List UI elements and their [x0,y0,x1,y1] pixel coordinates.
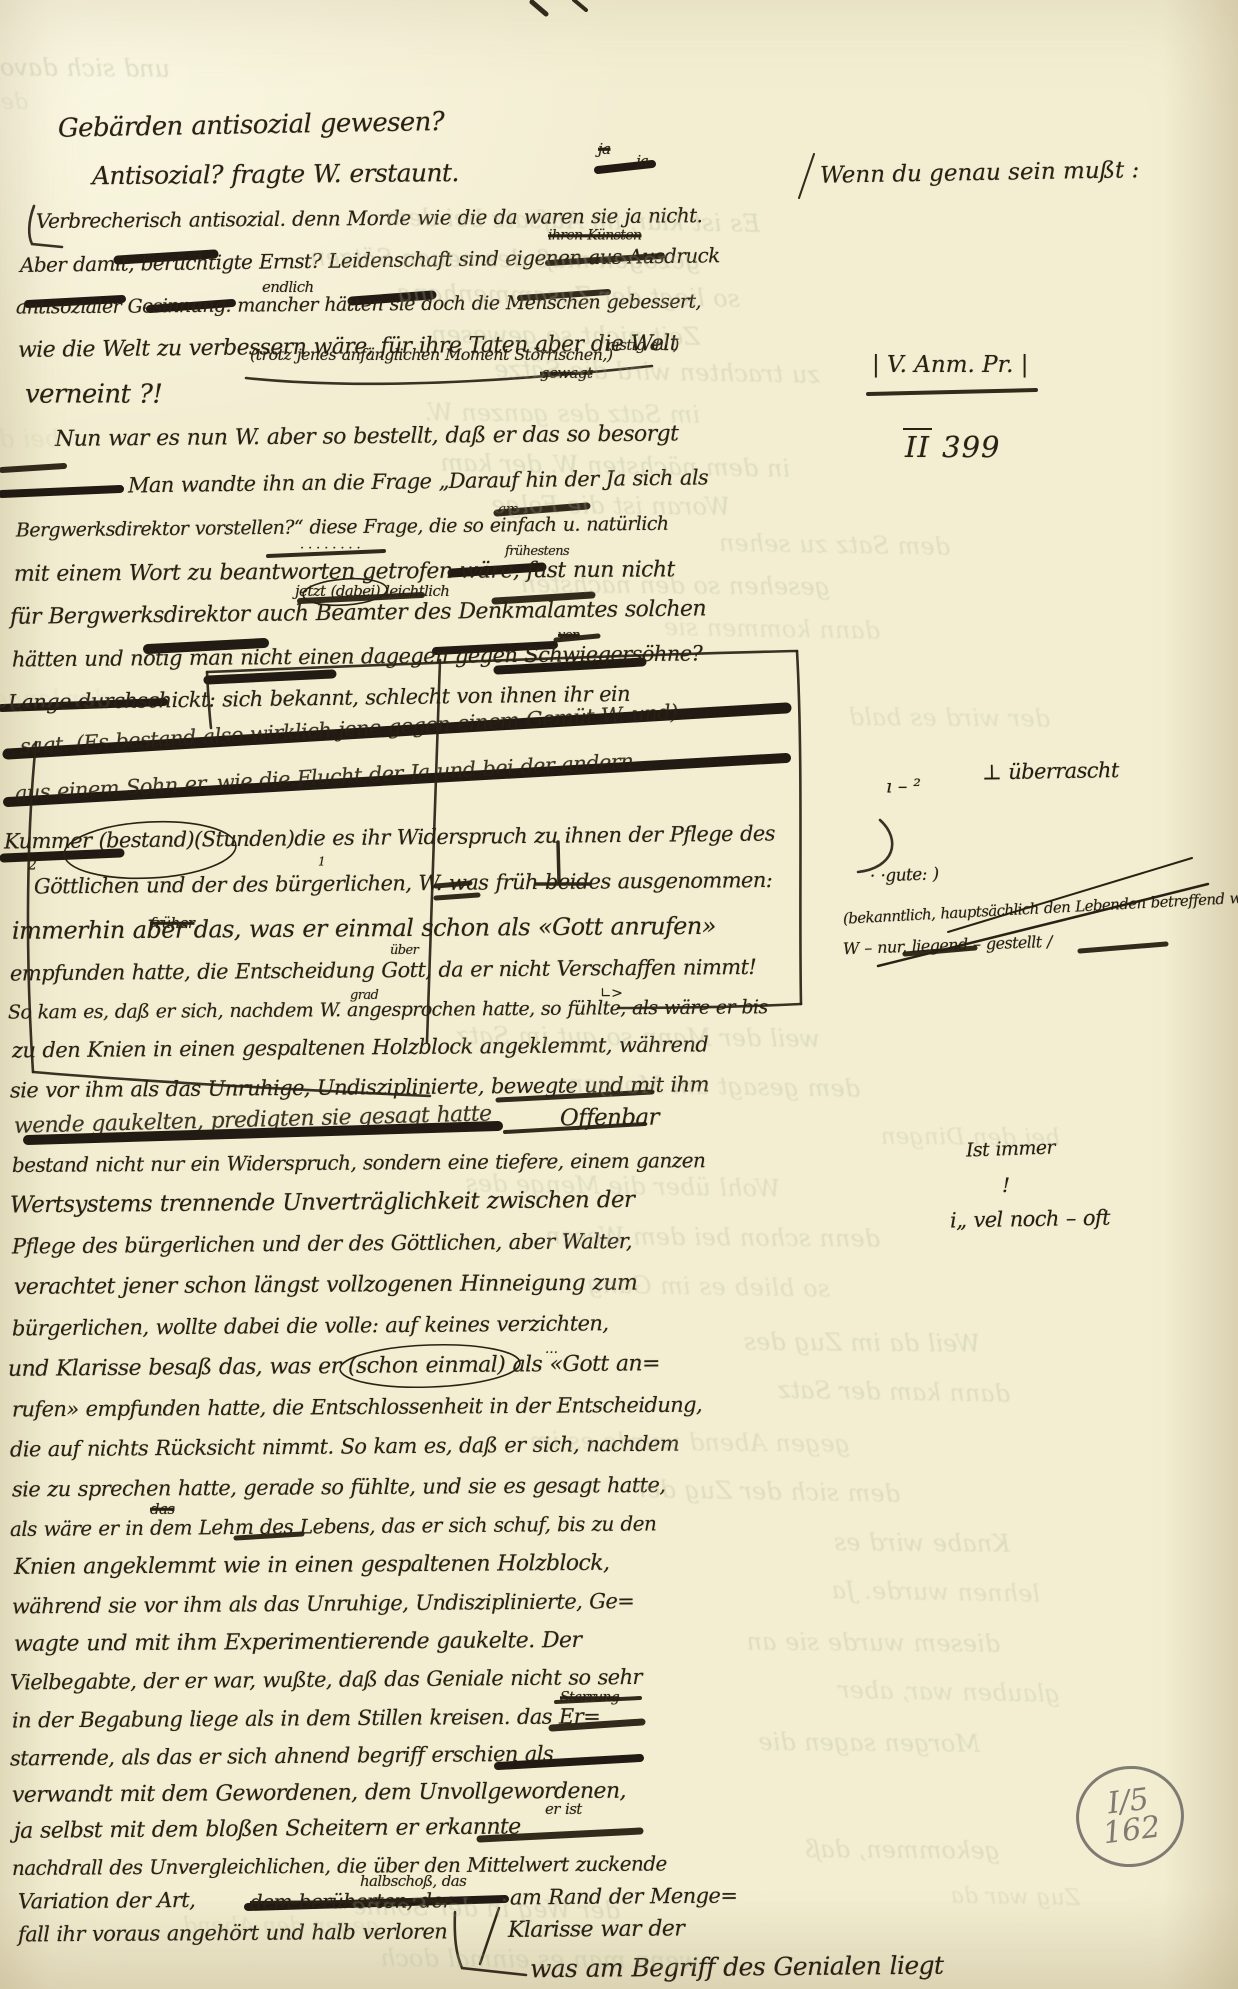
manuscript-line: sie zu sprechen hatte, gerade so fühlte,… [12,1475,666,1501]
manuscript-line: wende gaukelten, predigten sie gesagt ha… [14,1103,492,1137]
manuscript-line: hätten und nötig man nicht einen dagegen… [12,643,702,670]
manuscript-line: verwandt mit dem Gewordenen, dem Unvollg… [12,1781,626,1807]
bleedthrough-line: Zeit nicht so gewesen [431,322,700,348]
strike-mark [799,154,814,198]
strike-mark [532,2,546,14]
interline-insert: 1 [318,855,325,867]
strike-mark [2,466,64,470]
bleedthrough-line: dann kommen sie [664,615,881,643]
margin-note: ⊥ überrascht [982,760,1119,783]
strike-mark [2,489,120,494]
bleedthrough-line: dem sich der Zug der [635,1477,901,1506]
bleedthrough-line: so blieb es im Gang [587,1273,830,1301]
manuscript-line: bürgerlichen, wollte dabei die volle: au… [12,1313,609,1339]
interline-insert: jetzt (dabei) leichtlich [295,584,449,599]
margin-note-anm: | V. Anm. Pr. | [872,352,1028,378]
bleedthrough-line: Es ist klar, im Aufsatz bei dem [385,205,760,236]
interline-insert: ∟> [600,986,622,1000]
manuscript-line: So kam es, daß er sich, nachdem W. anges… [8,998,768,1022]
strike-mark [208,674,332,680]
interline-insert: von [558,629,580,642]
strike-mark [1080,944,1166,951]
margin-note: (bekanntlich, hauptsächlich den Lebenden… [843,890,1238,927]
interline-insert: halbschoß, das [360,1874,466,1889]
margin-note: ı – ² [886,778,920,797]
margin-note: W – nur, liegend – gestellt / [843,934,1052,957]
bleedthrough-line: dem gesagt am Morgen [568,1072,860,1101]
bleedthrough-line: bei dem Wort [0,427,60,451]
manuscript-line: für Bergwerksdirektor auch Beamter des D… [10,598,706,629]
interline-insert: ja [636,154,648,169]
interline-insert: endlich [262,280,314,295]
bleedthrough-line: lehnen wurde. Ja [832,1578,1041,1606]
bleedthrough-line: Weil da im Zug des [744,1330,980,1356]
manuscript-line: als wäre er in dem Lehm des Lebens, das … [10,1513,656,1539]
folio-number: II 399 [903,430,1001,464]
bleedthrough-line: wenn man es einmal doch [380,1946,700,1973]
interline-insert: früher [150,916,195,931]
manuscript-line: Antisozial? fragte W. erstaunt. [92,160,459,188]
manuscript-page: Wenn du genau sein mußt : | V. Anm. Pr. … [0,0,1238,1989]
revision-box-line [797,651,801,1004]
manuscript-line: Variation der Art, [18,1890,195,1913]
manuscript-line: Offenbar [560,1106,659,1130]
bleedthrough-line: gezogen muß des neuen Sätzen [310,245,700,272]
bleedthrough-line: weil der Mann so gut im Satz [456,1024,820,1051]
manuscript-line: immerhin aber das, was er einmal schon a… [12,914,716,943]
bleedthrough-line: Wohl über die Menge des [465,1171,780,1200]
manuscript-line: Gebärden antisozial gewesen? [58,109,445,142]
manuscript-line: Kummer (bestand)(Stunden)die es ihr Wide… [4,823,775,852]
margin-note: i„ vel noch – oft [950,1208,1110,1232]
bleedthrough-line: Zug war da [951,1886,1081,1910]
manuscript-line: und Klarisse besaß das, was er (schon ei… [8,1353,660,1381]
bleedthrough-line: denn schon bei dem Wesen [545,1224,880,1251]
bleedthrough-line: Woran ist die Folge [491,493,730,519]
manuscript-line: wagte und mit ihm Experimentierende gauk… [14,1630,581,1656]
bleedthrough-line: bei den Dingen [881,1126,1060,1151]
manuscript-line: Pflege des bürgerlichen und der des Gött… [12,1231,632,1257]
manuscript-line: verachtet jener schon längst vollzogenen… [14,1273,637,1299]
bleedthrough-line: gegen den Abend [183,1916,380,1938]
manuscript-line: in der Begabung liege als in dem Stillen… [12,1706,600,1731]
manuscript-line: Knien angeklemmt wie in einen gespaltene… [14,1553,609,1579]
strike-mark [574,0,586,10]
bleedthrough-line: gekommen, daß [804,1837,1000,1863]
interline-insert: … [545,1343,557,1356]
interline-insert: frühestens [505,545,569,558]
folio-digits: 399 [942,430,1000,464]
folio-roman-numeral: II [903,428,932,464]
bleedthrough-line: Knabe wird es [834,1530,1010,1556]
bleedthrough-line: der stille Satz über dem ganzen [0,92,28,114]
bleedthrough-line: im Satz des ganzen W. [424,400,700,426]
manuscript-line: ja selbst mit dem bloßen Scheitern er er… [14,1816,521,1842]
manuscript-line: aus einem Sohn er, wie die Flucht der Ja… [14,751,633,804]
bleedthrough-line: der lange Satz [0,687,110,711]
bleedthrough-line: glauben war, aber [838,1678,1060,1706]
manuscript-line: empfunden hatte, die Entscheidung Gott, … [10,957,756,985]
manuscript-line: während sie vor ihm als das Unruhige, Un… [12,1591,634,1617]
interline-insert: das [150,1502,174,1517]
manuscript-line: Vielbegabte, der er war, wußte, daß das … [10,1667,642,1694]
bleedthrough-line: und sich davon die schon gegangen war be… [0,50,170,81]
bleedthrough-line: in dem nächsten W. der kam [440,451,790,481]
bleedthrough-line: der Weg in der Sonne [352,1894,620,1923]
archive-stamp-line2: 162 [1102,1813,1162,1848]
interline-insert: grad [350,989,378,1002]
bleedthrough-line: diesem wurde sie an [746,1630,1000,1656]
bleedthrough-line: dem Satz zu sehen [719,531,950,559]
bleedthrough-line: dann kam der Satz [778,1378,1011,1406]
manuscript-line: Göttlichen und der des bürgerlichen, W. … [34,870,772,897]
bleedthrough-line: so liegt der Zusammenhang [397,281,740,311]
strike-mark [4,853,120,858]
margin-note: ! [1002,1175,1009,1195]
margin-note-be-exact: Wenn du genau sein mußt : [820,157,1140,189]
archive-stamp-circle: I/5 162 [1070,1760,1190,1873]
interline-insert: ja [598,142,610,157]
bleedthrough-line: gegen Abend wurde es im [529,1429,850,1456]
bleedthrough-line: Morgen sagen die [758,1730,980,1756]
manuscript-line: starrende, als das er sich ahnend begrif… [10,1744,553,1770]
bleedthrough-line: der wird es bald [849,705,1050,731]
bleedthrough-line: zu trachten wird die Sätze [494,357,820,387]
interline-insert: über [390,944,418,957]
revision-box-line [858,820,892,872]
strike-mark [436,895,478,898]
margin-note: · ·gute: ) [870,866,939,885]
manuscript-line: nachdrall des Unvergleichlichen, die übe… [12,1853,667,1878]
interline-insert: · · · · · · · · [300,542,360,555]
strike-mark [868,390,1036,394]
interline-insert: Starrung [560,1690,619,1704]
manuscript-line: verneint ?! [25,382,162,408]
bleedthrough-line: gesehen so den nächsten [521,572,830,599]
interline-insert: er ist [545,1802,582,1817]
manuscript-line: rufen» empfunden hatte, die Entschlossen… [12,1395,702,1421]
interline-insert: 2 [28,858,36,872]
